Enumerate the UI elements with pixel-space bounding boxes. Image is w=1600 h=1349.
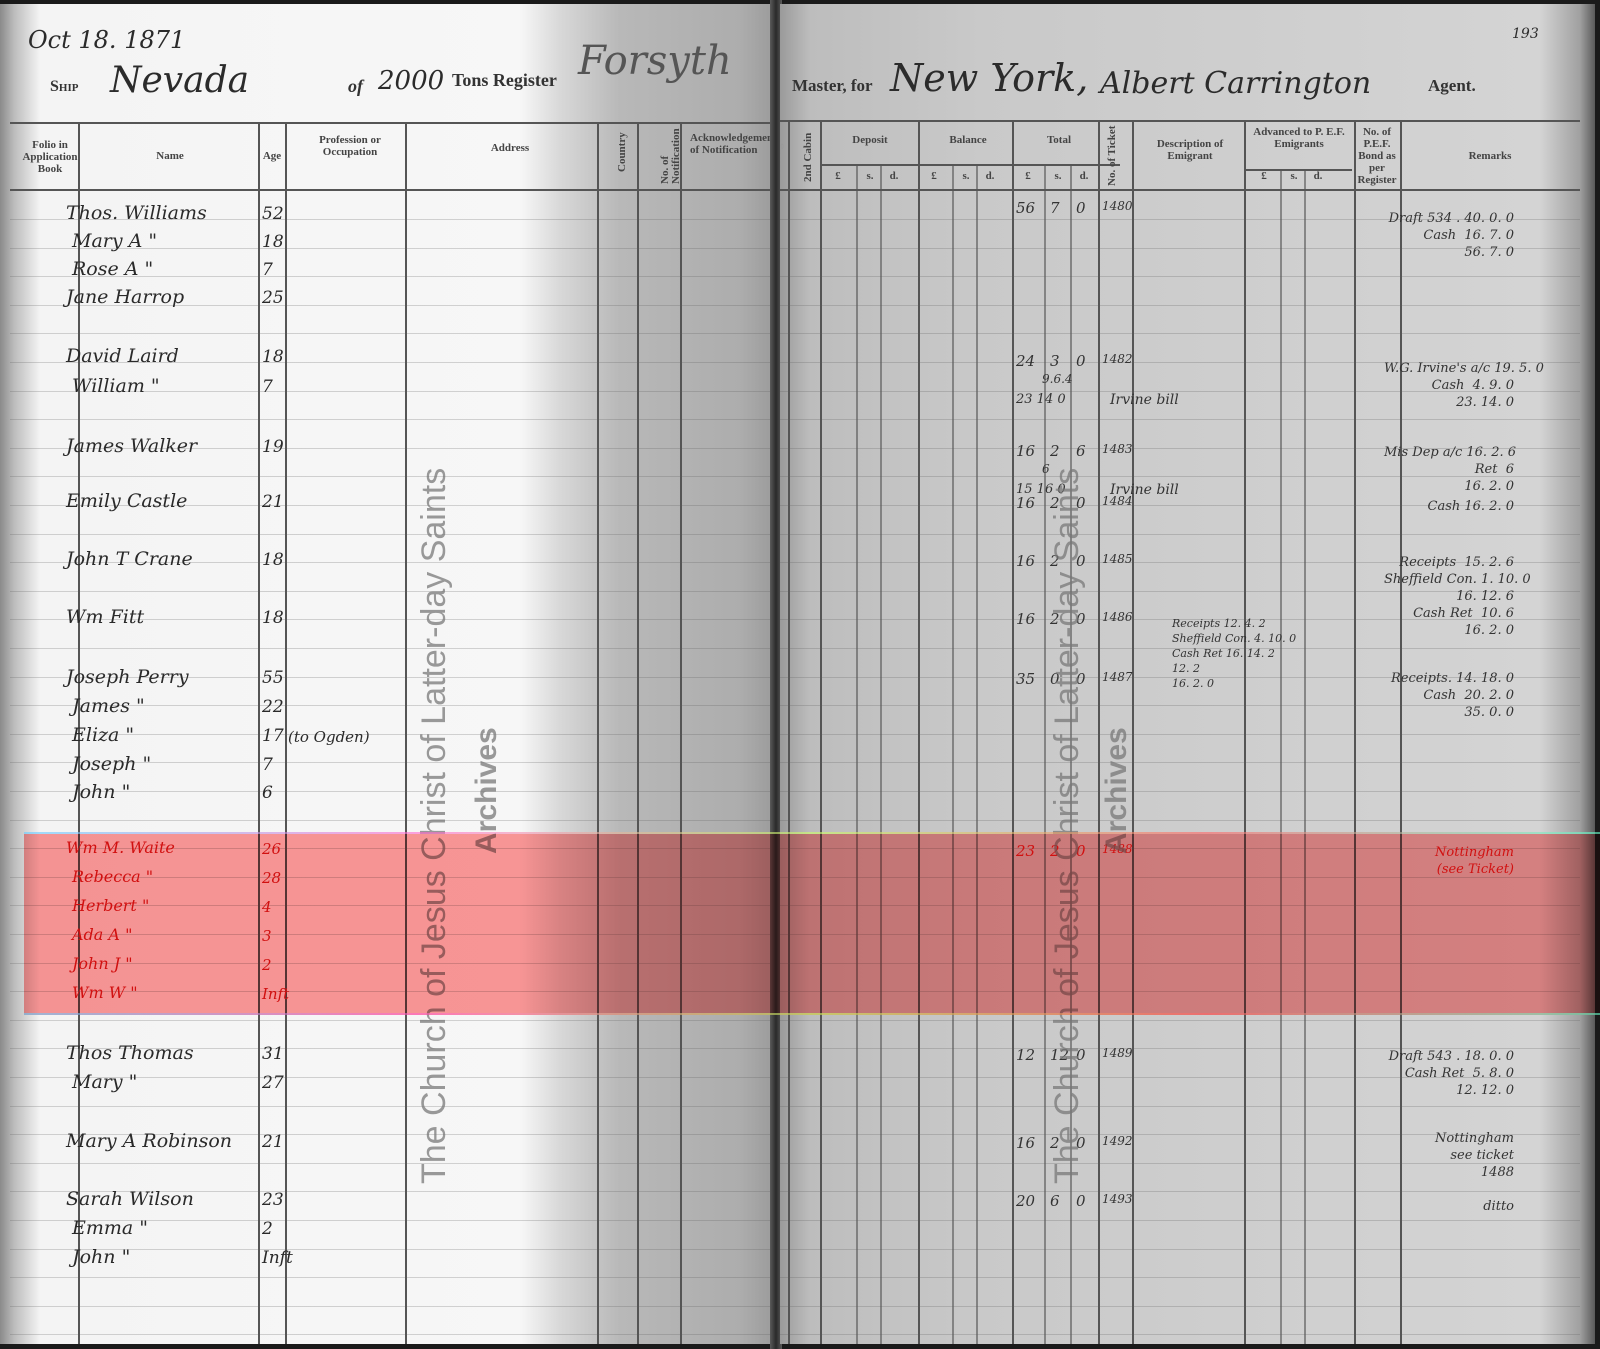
total-pounds: 16 <box>1016 494 1035 512</box>
total-pounds: 12 <box>1016 1046 1035 1064</box>
total-adjustment: 9.6.4 <box>1042 372 1073 386</box>
passenger-name: John " <box>72 781 130 803</box>
tons-register-label: Tons Register <box>452 70 557 91</box>
master-label: Master, for <box>792 76 873 96</box>
passenger-name: Thos Thomas <box>66 1042 194 1064</box>
ruled-line <box>780 1334 1580 1335</box>
ruled-line <box>780 734 1580 735</box>
passenger-name: Sarah Wilson <box>66 1188 194 1210</box>
total-pence: 0 <box>1076 352 1086 370</box>
currency-subheader: £ <box>828 170 848 182</box>
passenger-age: 7 <box>262 755 273 775</box>
col-description-header: Description of Emigrant <box>1140 138 1240 162</box>
remark: ditto <box>1384 1198 1514 1215</box>
passenger-name: James Walker <box>66 435 197 457</box>
currency-subheader: s. <box>1048 170 1068 182</box>
col-steerage-header: Steerage <box>780 139 784 179</box>
passenger-age: 21 <box>262 492 284 512</box>
total-net: 23 14 0 <box>1016 392 1066 407</box>
passenger-age: 52 <box>262 204 284 224</box>
currency-subheader: s. <box>1284 170 1304 182</box>
col-name-header: Name <box>80 150 260 162</box>
ruled-line <box>780 1249 1580 1250</box>
passenger-age: 31 <box>262 1044 284 1064</box>
header-bottom-rule <box>10 189 772 191</box>
highlight-bottom-edge <box>24 1013 1600 1015</box>
remark: Receipts 15. 2. 6 Sheffield Con. 1. 10. … <box>1384 554 1514 639</box>
agent-name: Albert Carrington <box>1100 66 1371 101</box>
passenger-name: Mary A " <box>72 230 157 252</box>
ruled-line <box>780 762 1580 763</box>
ruled-line <box>780 305 1580 306</box>
ticket-number: 1482 <box>1102 352 1133 366</box>
total-shillings: 2 <box>1050 442 1060 460</box>
passenger-name: Emily Castle <box>66 490 187 512</box>
entry-date: Oct 18. 1871 <box>28 26 185 54</box>
right-page: Master, for New York, Albert Carrington … <box>780 4 1595 1344</box>
passenger-age: 21 <box>262 1132 284 1152</box>
remark: Cash 16. 2. 0 <box>1384 498 1514 515</box>
header-top-rule <box>10 122 772 124</box>
ruled-line <box>10 591 772 592</box>
currency-subheader: d. <box>884 170 904 182</box>
passenger-name: Eliza " <box>72 724 134 746</box>
total-pounds: 16 <box>1016 610 1035 628</box>
highlighted-family-row <box>24 834 1600 1015</box>
ruled-line <box>10 1306 772 1307</box>
page-number: 193 <box>1512 26 1539 42</box>
passenger-age: 7 <box>262 260 273 280</box>
passenger-name: James " <box>72 695 145 717</box>
col-profession-header: Profession or Occupation <box>300 134 400 158</box>
tonnage: 2000 <box>378 66 444 96</box>
passenger-age: 18 <box>262 232 284 252</box>
currency-subheader: s. <box>956 170 976 182</box>
passenger-name: Rose A " <box>72 258 153 280</box>
currency-subheader: d. <box>1308 170 1328 182</box>
total-shillings: 7 <box>1050 199 1060 217</box>
passenger-age: 17 <box>262 726 284 746</box>
currency-subheader: £ <box>924 170 944 182</box>
total-shillings: 3 <box>1050 352 1060 370</box>
passenger-age: 6 <box>262 783 273 803</box>
passenger-name: Thos. Williams <box>66 202 207 224</box>
destination: New York, <box>890 56 1088 100</box>
passenger-name: Jane Harrop <box>66 286 184 308</box>
total-pounds: 24 <box>1016 352 1035 370</box>
remark: Nottingham see ticket 1488 <box>1384 1130 1514 1181</box>
ruled-line <box>780 1191 1580 1192</box>
ruled-line <box>10 1020 772 1021</box>
remark: Receipts. 14. 18. 0 Cash 20. 2. 0 35. 0.… <box>1384 670 1514 721</box>
ruled-line <box>10 476 772 477</box>
total-shillings: 6 <box>1050 1192 1060 1210</box>
currency-subheader: d. <box>1074 170 1094 182</box>
passenger-age: 7 <box>262 377 273 397</box>
agent-label: Agent. <box>1428 76 1476 96</box>
ruled-line <box>10 419 772 420</box>
ruled-line <box>10 1334 772 1335</box>
total-pounds: 20 <box>1016 1192 1035 1210</box>
currency-subheader: d. <box>980 170 1000 182</box>
ruled-line <box>780 820 1580 821</box>
ticket-number: 1484 <box>1102 494 1133 508</box>
col-remarks-header: Remarks <box>1400 150 1580 162</box>
ruled-line <box>780 1277 1580 1278</box>
ticket-number: 1493 <box>1102 1192 1133 1206</box>
ticket-number: 1489 <box>1102 1046 1133 1060</box>
ruled-line <box>10 820 772 821</box>
ruled-line <box>10 333 772 334</box>
master-name: Forsyth <box>578 38 732 84</box>
total-pence: 0 <box>1076 1192 1086 1210</box>
total-pounds: 16 <box>1016 552 1035 570</box>
ticket-number: 1480 <box>1102 199 1133 213</box>
col-deposit-header: Deposit <box>820 134 920 146</box>
currency-subheader: £ <box>1018 170 1038 182</box>
total-pounds: 16 <box>1016 1134 1035 1152</box>
passenger-age: 18 <box>262 347 284 367</box>
total-pence: 6 <box>1076 442 1086 460</box>
passenger-name: John " <box>72 1246 130 1268</box>
ship-label: Ship <box>50 78 78 96</box>
ticket-number: 1487 <box>1102 670 1133 684</box>
passenger-name: Mary A Robinson <box>66 1130 232 1152</box>
passenger-age: 23 <box>262 1190 284 1210</box>
col-country-header: Country <box>616 132 628 172</box>
total-pence: 0 <box>1076 199 1086 217</box>
ruled-line <box>780 1106 1580 1107</box>
passenger-age: Inft <box>262 1248 293 1268</box>
col-second-cabin-header: 2nd Cabin <box>802 133 814 182</box>
ticket-number: 1483 <box>1102 442 1133 456</box>
ruled-line <box>780 1220 1580 1221</box>
remark: Mis Dep a/c 16. 2. 6 Ret 6 16. 2. 0 <box>1384 444 1514 495</box>
description-note: Receipts 12. 4. 2 Sheffield Con. 4. 10. … <box>1172 616 1296 691</box>
passenger-name: Wm Fitt <box>66 606 144 628</box>
watermark-line1-right: The Church of Jesus Christ of Latter-day… <box>1048 468 1087 1184</box>
col-ticket-header: No. of Ticket <box>1106 126 1118 186</box>
ruled-line <box>10 648 772 649</box>
remark: Draft 534 . 40. 0. 0 Cash 16. 7. 0 56. 7… <box>1384 210 1514 261</box>
passenger-age: 27 <box>262 1073 284 1093</box>
ruled-line <box>10 1106 772 1107</box>
ruled-line <box>780 333 1580 334</box>
watermark-line1: The Church of Jesus Christ of Latter-day… <box>415 468 454 1184</box>
col-advanced-header: Advanced to P. E.F. Emigrants <box>1244 126 1354 150</box>
col-total-header: Total <box>1014 134 1104 146</box>
col-age-header: Age <box>258 150 286 162</box>
col-address-header: Address <box>440 142 580 154</box>
ruled-line <box>10 1277 772 1278</box>
ruled-line <box>780 419 1580 420</box>
currency-subheader: £ <box>1254 170 1274 182</box>
ticket-number: 1492 <box>1102 1134 1133 1148</box>
passenger-name: Joseph Perry <box>66 666 189 688</box>
ruled-line <box>10 534 772 535</box>
total-note: Irvine bill <box>1110 392 1179 408</box>
passenger-age: 25 <box>262 288 284 308</box>
passenger-age: 22 <box>262 697 284 717</box>
col-acknowledgement-header: Acknowledgement of Notification <box>690 132 770 156</box>
passenger-age: 55 <box>262 668 284 688</box>
total-pounds: 56 <box>1016 199 1035 217</box>
col-notification-header: No. of Notification <box>660 114 682 184</box>
passenger-occupation: (to Ogden) <box>288 728 370 746</box>
ticket-number: 1485 <box>1102 552 1133 566</box>
col-folio-header: Folio in Application Book <box>20 139 80 175</box>
remark: W.G. Irvine's a/c 19. 5. 0 Cash 4. 9. 0 … <box>1384 360 1514 411</box>
passenger-name: Emma " <box>72 1217 148 1239</box>
passenger-name: Joseph " <box>72 753 151 775</box>
ruled-line <box>780 276 1580 277</box>
total-pounds: 16 <box>1016 442 1035 460</box>
ticket-number: 1486 <box>1102 610 1133 624</box>
passenger-name: William " <box>72 375 160 397</box>
of-label: of <box>348 76 363 97</box>
col-balance-header: Balance <box>918 134 1018 146</box>
ship-name: Nevada <box>110 60 249 101</box>
passenger-name: John T Crane <box>66 548 193 570</box>
passenger-name: Mary " <box>72 1071 137 1093</box>
passenger-age: 2 <box>262 1219 273 1239</box>
ruled-line <box>780 791 1580 792</box>
ruled-line <box>780 1020 1580 1021</box>
left-page: Oct 18. 1871 Ship Nevada of 2000 Tons Re… <box>0 4 772 1344</box>
col-pef-bond-header: No. of P.E.F. Bond as per Register <box>1354 126 1400 186</box>
ruled-line <box>780 534 1580 535</box>
passenger-name: David Laird <box>66 345 179 367</box>
currency-subheader: s. <box>860 170 880 182</box>
passenger-age: 19 <box>262 437 284 457</box>
passenger-age: 18 <box>262 550 284 570</box>
total-pounds: 35 <box>1016 670 1035 688</box>
passenger-age: 18 <box>262 608 284 628</box>
ruled-line <box>780 1306 1580 1307</box>
remark: Draft 543 . 18. 0. 0 Cash Ret 5. 8. 0 12… <box>1384 1048 1514 1099</box>
ruled-line <box>10 1163 772 1164</box>
